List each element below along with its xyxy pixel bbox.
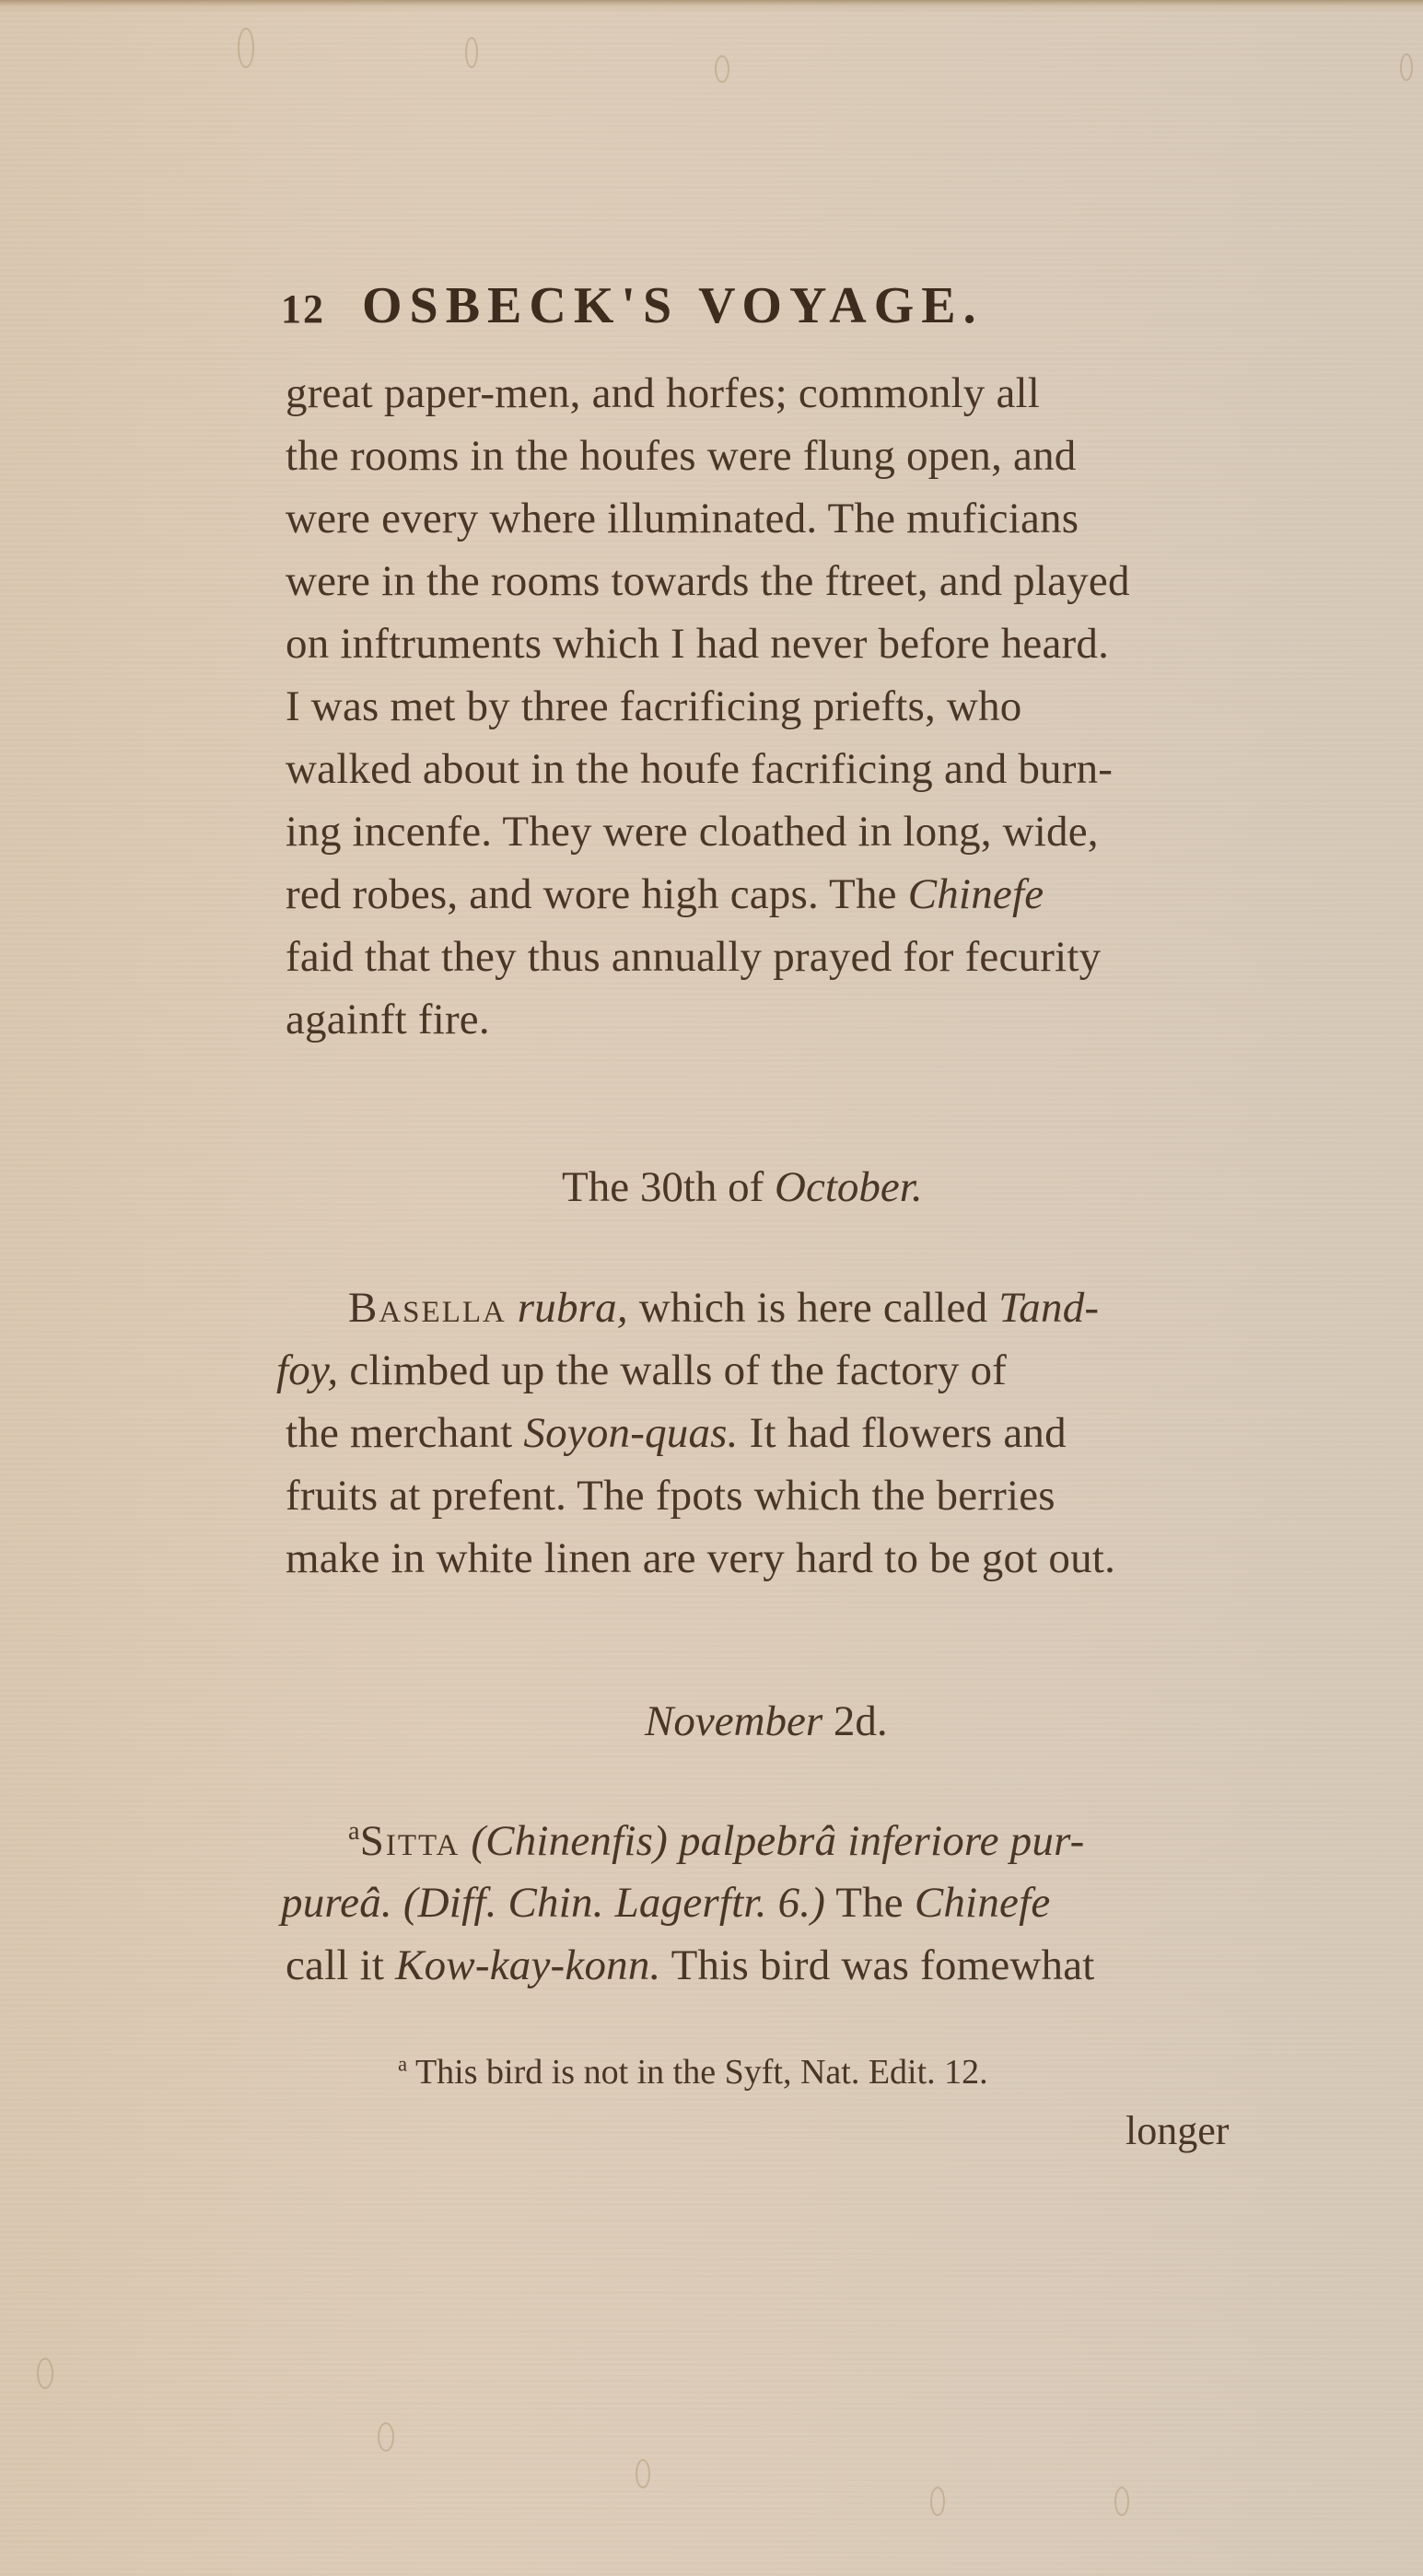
paper-speck: [636, 2459, 650, 2489]
genus-name: Basella: [348, 1284, 507, 1332]
text-line: on inftruments which I had never before …: [286, 623, 1109, 666]
latin-description: pureâ.: [281, 1879, 392, 1927]
text-line: the rooms in the houfes were flung open,…: [286, 435, 1077, 478]
text-line: make in white linen are very hard to be …: [286, 1537, 1115, 1580]
text-span: the merchant: [286, 1409, 512, 1457]
text-span: red robes, and wore high caps. The: [286, 870, 897, 918]
text-line: pureâ. (Diff. Chin. Lagerftr. 6.) The Ch…: [281, 1882, 1050, 1925]
text-line: walked about in the houfe facrificing an…: [286, 748, 1113, 791]
genus-name: Sitta: [360, 1817, 461, 1865]
text-line: Basella rubra, which is here called Tand…: [348, 1287, 1099, 1330]
text-line: the merchant Soyon-quas. It had flowers …: [286, 1412, 1067, 1455]
footnote-marker: a: [398, 2052, 407, 2075]
heading-month: November: [645, 1697, 822, 1745]
heading-day: 2d.: [834, 1697, 888, 1745]
text-line: faid that they thus annually prayed for …: [286, 936, 1101, 979]
paper-speck: [1114, 2487, 1129, 2516]
catchword: longer: [1126, 2107, 1229, 2154]
footnote-text: This bird is not in the Syft, Nat. Edit.…: [415, 2053, 988, 2092]
paper-speck: [238, 28, 254, 68]
heading-prefix: The 30th of: [562, 1163, 764, 1211]
text-line: againft fire.: [286, 998, 490, 1042]
italic-word: foy,: [276, 1346, 338, 1394]
heading-month: October.: [775, 1163, 923, 1211]
page-number: 12: [281, 286, 325, 332]
date-heading: The 30th of October.: [562, 1162, 923, 1212]
italic-word: Chinefe: [908, 870, 1044, 918]
citation: (Diff. Chin. Lagerftr. 6.): [403, 1879, 825, 1927]
paper-speck: [930, 2487, 945, 2516]
text-line: ing incenfe. They were cloathed in long,…: [286, 810, 1099, 854]
text-span: call it: [286, 1941, 384, 1989]
bird-name: Kow-kay-konn.: [395, 1941, 660, 1989]
book-title: OSBECK'S VOYAGE.: [362, 277, 984, 334]
text-span: climbed up the walls of the factory of: [349, 1346, 1007, 1394]
text-span: It had flowers and: [750, 1409, 1067, 1457]
merchant-name: Soyon-quas.: [523, 1409, 738, 1457]
running-head: 12OSBECK'S VOYAGE.: [281, 276, 984, 335]
text-line: aSitta (Chinenfis) palpebrâ inferiore pu…: [348, 1819, 1084, 1863]
paper-speck: [378, 2422, 394, 2452]
date-heading: November 2d.: [645, 1696, 888, 1746]
text-span: This bird was fomewhat: [671, 1941, 1095, 1989]
footnote-marker: a: [348, 1817, 360, 1846]
text-line: fruits at prefent. The fpots which the b…: [286, 1474, 1056, 1518]
text-span: The: [835, 1879, 904, 1927]
species-name: rubra,: [518, 1284, 628, 1332]
text-line: call it Kow-kay-konn. This bird was fome…: [286, 1944, 1095, 1987]
italic-word: Chinefe: [915, 1879, 1051, 1927]
paper-speck: [715, 55, 729, 83]
text-line: I was met by three facrificing priefts, …: [286, 685, 1021, 729]
footnote: a This bird is not in the Syft, Nat. Edi…: [398, 2052, 988, 2092]
text-line: foy, climbed up the walls of the factory…: [276, 1349, 1007, 1393]
text-span: which is here called: [639, 1284, 988, 1332]
italic-word: Tand-: [998, 1284, 1099, 1332]
latin-description: (Chinenfis) palpebrâ inferiore pur-: [471, 1817, 1084, 1865]
paper-speck: [37, 2358, 53, 2389]
paper-speck: [465, 37, 478, 68]
text-line: were in the rooms towards the ftreet, an…: [286, 560, 1130, 603]
paper-speck: [1400, 53, 1413, 81]
text-line: were every where illuminated. The mufici…: [286, 497, 1079, 541]
text-line: red robes, and wore high caps. The Chine…: [286, 873, 1044, 916]
text-line: great paper-men, and horfes; commonly al…: [286, 372, 1040, 415]
